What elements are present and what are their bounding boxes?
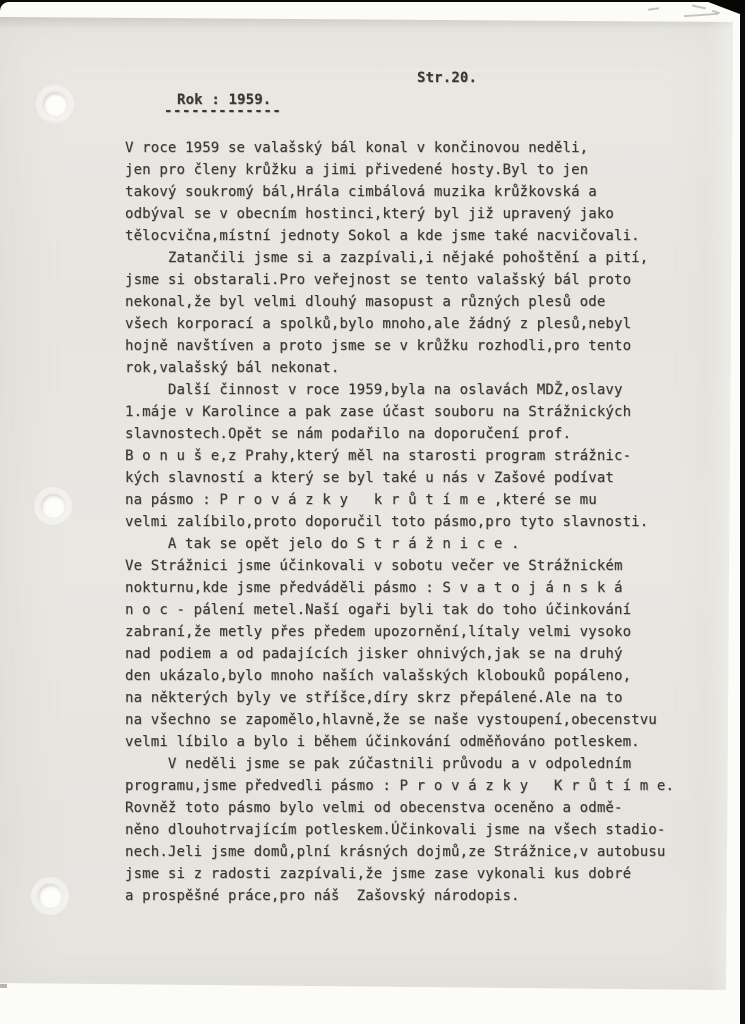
typed-line: nokturnu,kde jsme předváděli pásmo : S v… xyxy=(125,577,674,599)
typed-line: nad podiem a od padajících jisker ohnivý… xyxy=(125,643,674,665)
punch-hole-top xyxy=(43,92,67,116)
typed-line: programu,jsme předvedli pásmo : P r o v … xyxy=(125,775,674,797)
punch-hole-middle xyxy=(41,494,65,518)
typed-line: Zatančili jsme si a zazpívali,i nějaké p… xyxy=(125,247,674,269)
typed-line: slavnostech.Opět se nám podařilo na dopo… xyxy=(125,423,674,445)
title-underline: ------------- xyxy=(164,103,281,119)
typed-line: V roce 1959 se valašský bál konal v konč… xyxy=(125,137,674,159)
typed-line: velmi zalíbilo,proto doporučil toto pásm… xyxy=(125,511,674,533)
typed-line: něno dlouhotrvajícím potleskem.Účinkoval… xyxy=(125,819,674,841)
typed-line: na některých byly ve stříšce,díry skrz p… xyxy=(125,687,674,709)
typed-line: tělocvična,místní jednoty Sokol a kde js… xyxy=(125,225,674,247)
page-number-label: Str.20. xyxy=(417,70,477,86)
typed-line: Rovněž toto pásmo bylo velmi od obecenst… xyxy=(125,797,674,819)
typed-line: n o c - pálení metel.Naší ogaři byli tak… xyxy=(125,599,674,621)
typed-line: na pásmo : P r o v á z k y k r ů t í m e… xyxy=(125,489,674,511)
typed-line: den ukázalo,bylo mnoho naších valašských… xyxy=(125,665,674,687)
typed-line: B o n u š e,z Prahy,který měl na starost… xyxy=(125,445,674,467)
typed-line: rok,valašský bál nekonat. xyxy=(125,357,674,379)
typed-line: takový soukromý bál,Hrála cimbálová muzi… xyxy=(125,181,674,203)
typed-line: nekonal,že byl velmi dlouhý masopust a r… xyxy=(125,291,674,313)
typed-line: nech.Jeli jsme domů,plní krásných dojmů,… xyxy=(125,841,674,863)
scan-speck xyxy=(0,984,7,988)
typed-line: jsme si obstarali.Pro veřejnost se tento… xyxy=(125,269,674,291)
typed-line: A tak se opět jelo do S t r á ž n i c e … xyxy=(125,533,674,555)
typed-line: zabraní,že metly přes předem upozornění,… xyxy=(125,621,674,643)
punch-hole-bottom xyxy=(38,884,62,908)
scanned-document: { "document": { "page_label": "Str.20.",… xyxy=(0,0,745,1024)
typed-line: odbýval se v obecním hostinci,který byl … xyxy=(125,203,674,225)
typed-line: všech korporací a spolků,bylo mnoho,ale … xyxy=(125,313,674,335)
typed-line: Ve Strážnici jsme účinkovali v sobotu ve… xyxy=(125,555,674,577)
typed-line: na všechno se zapomělo,hlavně,že se naše… xyxy=(125,709,674,731)
typed-line: kých slavností a který se byl také u nás… xyxy=(125,467,674,489)
typed-line: Další činnost v roce 1959,byla na oslavá… xyxy=(125,379,674,401)
typed-line: 1.máje v Karolince a pak zase účast soub… xyxy=(125,401,674,423)
typed-line: velmi líbilo a bylo i během účinkování o… xyxy=(125,731,674,753)
typed-line: hojně navštíven a proto jsme se v krůžku… xyxy=(125,335,674,357)
body-text: V roce 1959 se valašský bál konal v konč… xyxy=(125,137,674,907)
typed-line: a prospěšné práce,pro náš Zašovský národ… xyxy=(125,885,674,907)
typed-line: V neděli jsme se pak zúčastnili průvodu … xyxy=(125,753,674,775)
typed-line: jsme si z radosti zazpívali,že jsme zase… xyxy=(125,863,674,885)
typed-line: jen pro členy krůžku a jimi přivedené ho… xyxy=(125,159,674,181)
